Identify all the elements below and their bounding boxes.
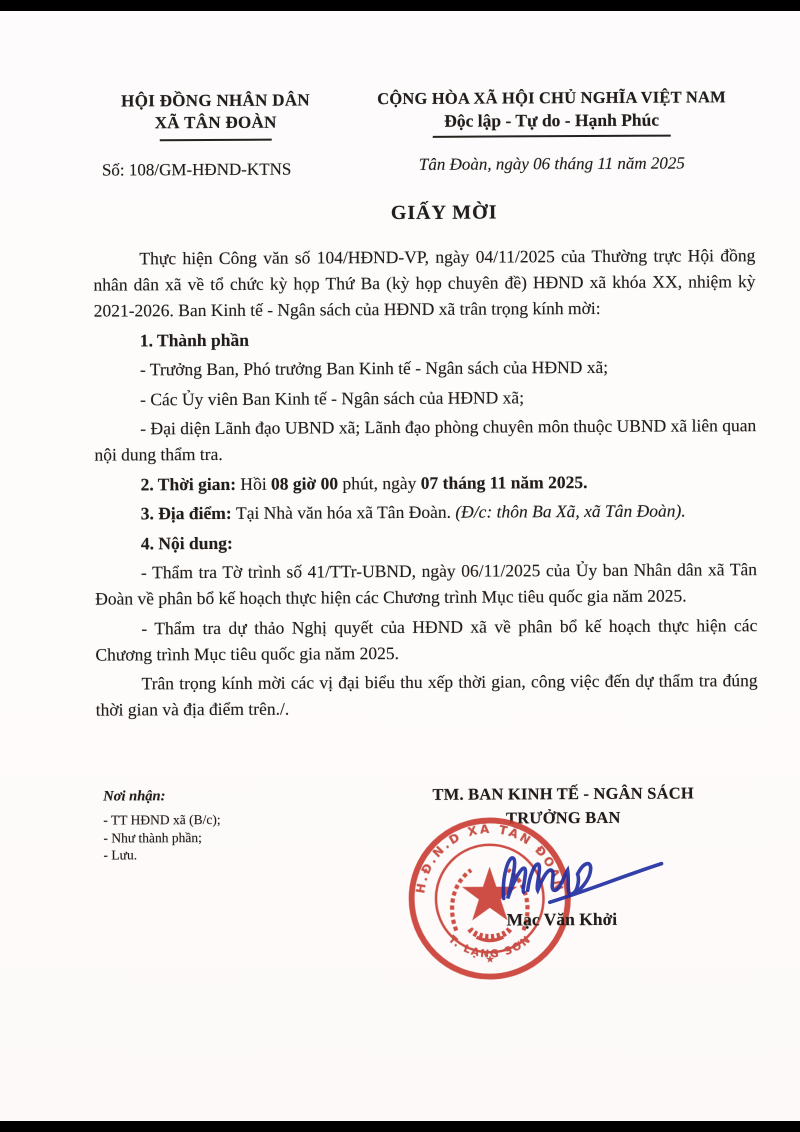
text-segment: 08 giờ 00 (271, 473, 338, 493)
paragraph: Thực hiện Công văn số 104/HĐND-VP, ngày … (93, 242, 755, 323)
org-name-line1: HỘI ĐỒNG NHÂN DÂN (86, 89, 346, 112)
text-segment: - Các Ủy viên Ban Kinh tế - Ngân sách củ… (140, 387, 524, 409)
text-segment: - Thẩm tra Tờ trình số 41/TTr-UBND, ngày… (95, 559, 757, 608)
national-name: CỘNG HÒA XÃ HỘI CHỦ NGHĨA VIỆT NAM (345, 85, 757, 110)
document-content: HỘI ĐỒNG NHÂN DÂN XÃ TÂN ĐOÀN CỘNG HÒA X… (0, 11, 800, 1121)
recipient-line: - TT HĐND xã (B/c); (103, 810, 353, 829)
text-segment: - Trưởng Ban, Phó trưởng Ban Kinh tế - N… (140, 357, 608, 379)
text-segment: 4. Nội dung: (141, 532, 233, 552)
national-motto: Độc lập - Tự do - Hạnh Phúc (346, 108, 758, 133)
text-segment: - Thẩm tra dự thảo Nghị quyết của HĐND x… (95, 615, 757, 664)
paragraph: 1. Thành phần (94, 324, 756, 353)
document-title: GIẤY MỜI (93, 200, 795, 227)
stamp-star-separator: ★ (486, 954, 495, 965)
document-number: Số: 108/GM-HĐND-KTNS (102, 160, 291, 181)
paragraph: 4. Nội dung: (95, 527, 757, 556)
text-segment: phút, ngày (338, 472, 421, 492)
text-segment: Hồi (240, 473, 271, 493)
motto-underline (433, 135, 671, 138)
handwritten-signature (493, 840, 673, 916)
recipient-line: - Như thành phần; (103, 828, 353, 847)
text-segment: - Đại diện Lãnh đạo UBND xã; Lãnh đạo ph… (94, 415, 756, 464)
text-segment: 3. Địa điểm: (141, 503, 236, 523)
text-segment: Trân trọng kính mời các vị đại biểu thu … (96, 670, 758, 719)
text-segment: (Đ/c: thôn Ba Xã, xã Tân Đoàn). (455, 501, 685, 522)
place-date-line: Tân Đoàn, ngày 06 tháng 11 năm 2025 (346, 153, 758, 175)
paragraph: 2. Thời gian: Hồi 08 giờ 00 phút, ngày 0… (94, 468, 756, 497)
signer-name: Mạc Văn Khởi (432, 908, 692, 930)
recipients-label: Nơi nhận: (103, 787, 353, 805)
body-paragraphs: Thực hiện Công văn số 104/HĐND-VP, ngày … (93, 242, 758, 726)
national-motto-block: CỘNG HÒA XÃ HỘI CHỦ NGHĨA VIỆT NAM Độc l… (345, 85, 757, 138)
org-name-line2: XÃ TÂN ĐOÀN (86, 111, 346, 134)
paragraph: - Trưởng Ban, Phó trưởng Ban Kinh tế - N… (94, 353, 756, 382)
text-segment: Thực hiện Công văn số 104/HĐND-VP, ngày … (93, 245, 755, 320)
recipient-line: - Lưu. (103, 845, 353, 864)
paragraph: - Các Ủy viên Ban Kinh tế - Ngân sách củ… (94, 383, 756, 412)
authority-line1: TM. BAN KINH TẾ - NGÂN SÁCH (383, 781, 743, 807)
text-segment: Tại Nhà văn hóa xã Tân Đoàn. (236, 502, 455, 523)
recipients-block: Nơi nhận: - TT HĐND xã (B/c);- Như thành… (103, 787, 353, 864)
text-segment: 2. Thời gian: (141, 473, 241, 494)
issuing-org-block: HỘI ĐỒNG NHÂN DÂN XÃ TÂN ĐOÀN (86, 89, 346, 141)
paragraph: - Đại diện Lãnh đạo UBND xã; Lãnh đạo ph… (94, 412, 756, 467)
paragraph: - Thẩm tra Tờ trình số 41/TTr-UBND, ngày… (95, 556, 757, 611)
paragraph: - Thẩm tra dự thảo Nghị quyết của HĐND x… (95, 612, 757, 667)
org-underline (160, 139, 272, 142)
text-segment: 1. Thành phần (140, 329, 249, 350)
recipients-list: - TT HĐND xã (B/c);- Như thành phần;- Lư… (103, 810, 353, 864)
text-segment: 07 tháng 11 năm 2025. (421, 472, 588, 493)
scanned-page: HỘI ĐỒNG NHÂN DÂN XÃ TÂN ĐOÀN CỘNG HÒA X… (0, 11, 800, 1121)
paragraph: Trân trọng kính mời các vị đại biểu thu … (96, 667, 758, 722)
paragraph: 3. Địa điểm: Tại Nhà văn hóa xã Tân Đoàn… (95, 497, 757, 526)
